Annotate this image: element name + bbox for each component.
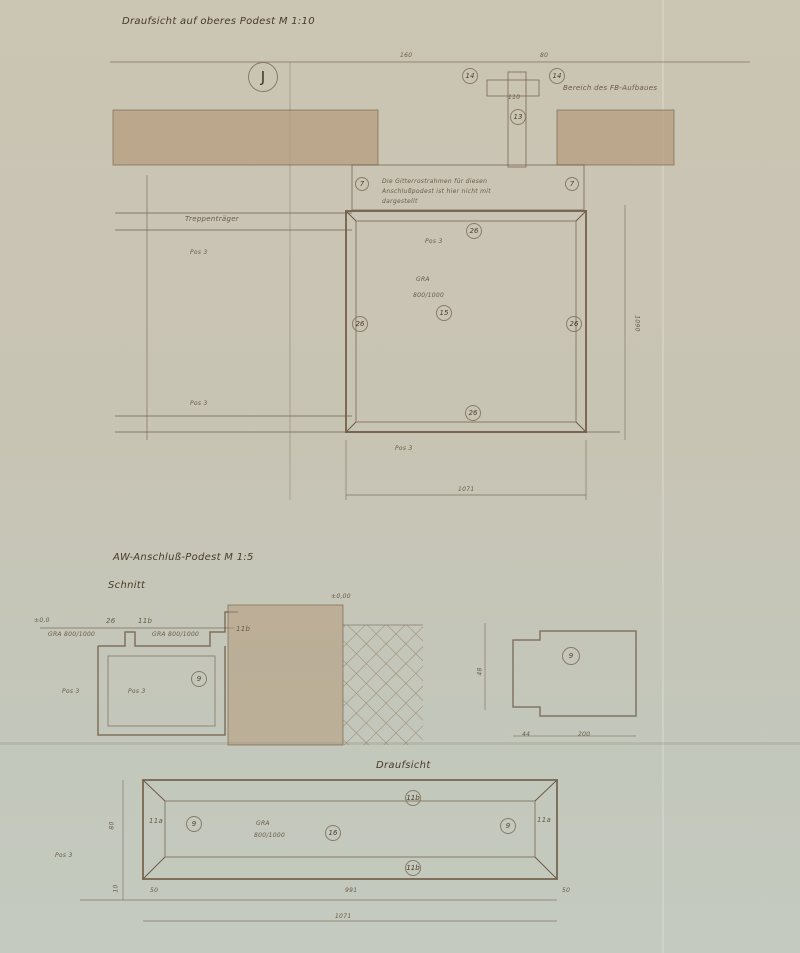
- dimension-label: 10: [113, 884, 120, 892]
- position-marker: 9: [186, 816, 202, 832]
- position-marker: 16: [325, 825, 341, 841]
- position-marker: 14: [549, 68, 565, 84]
- pos-label: Pos 3: [190, 400, 208, 407]
- section-mark: J: [248, 62, 278, 92]
- drawing-sheet: Draufsicht auf oberes Podest M 1:10 J 16…: [0, 0, 800, 953]
- position-marker: 11b: [405, 860, 421, 876]
- pos-label: Pos 3: [128, 688, 146, 695]
- level-mark: ±0,0: [34, 617, 50, 624]
- dimension-label: 50: [150, 887, 158, 894]
- technical-drawing: [0, 0, 800, 953]
- position-marker: 11a: [537, 816, 551, 824]
- grating-label: GRA 800/1000: [48, 631, 95, 638]
- grating-spec: 800/1000: [254, 832, 285, 839]
- bottom-view-title: AW-Anschluß-Podest M 1:5: [113, 552, 254, 563]
- section-subtitle: Schnitt: [108, 580, 145, 591]
- position-marker: 14: [462, 68, 478, 84]
- pos-label: Pos 3: [425, 238, 443, 245]
- position-marker: 26: [566, 316, 582, 332]
- dimension-label: 50: [562, 887, 570, 894]
- dimension-label: 991: [345, 887, 357, 894]
- dimension-label: 80: [109, 821, 116, 829]
- dimension-label: 200: [578, 731, 590, 738]
- position-marker: 26: [106, 617, 116, 625]
- pos-label: Pos 3: [55, 852, 73, 859]
- dimension-label: 44: [522, 731, 530, 738]
- position-marker: 26: [466, 223, 482, 239]
- frame-note-line: Die Gitterrostrahmen für diesen: [382, 178, 487, 185]
- stair-beam-label: Treppenträger: [185, 215, 239, 223]
- position-marker: 11a: [149, 817, 163, 825]
- dimension-label: 160: [400, 52, 412, 59]
- grating-label: GRA: [416, 276, 430, 283]
- frame-note-line: dargestellt: [382, 198, 418, 205]
- level-mark: ±0,00: [331, 593, 351, 600]
- fb-note: Bereich des FB-Aufbaues: [563, 84, 657, 92]
- grating-label: GRA: [256, 820, 270, 827]
- frame-note-line: Anschlußpodest ist hier nicht mit: [382, 188, 491, 195]
- position-marker: 7: [355, 177, 369, 191]
- pos-label: Pos 3: [190, 249, 208, 256]
- position-marker: 11b: [405, 790, 421, 806]
- dimension-label: 48: [477, 667, 484, 675]
- dimension-label: 1071: [458, 486, 474, 493]
- position-marker: 15: [436, 305, 452, 321]
- grating-spec: 800/1000: [413, 292, 444, 299]
- position-marker: 13: [510, 109, 526, 125]
- pos-label: Pos 3: [62, 688, 80, 695]
- position-marker: 11b: [138, 617, 152, 625]
- grating-label: GRA 800/1000: [152, 631, 199, 638]
- position-marker: 7: [565, 177, 579, 191]
- position-marker: 26: [465, 405, 481, 421]
- position-marker: 26: [352, 316, 368, 332]
- detail-marker: 9: [562, 647, 580, 665]
- dimension-label: 110: [508, 94, 520, 101]
- position-marker: 9: [191, 671, 207, 687]
- dimension-label: 1090: [634, 315, 641, 331]
- pos-label: Pos 3: [395, 445, 413, 452]
- position-marker: 9: [500, 818, 516, 834]
- plan-subtitle: Draufsicht: [376, 760, 431, 771]
- position-marker: 11b: [236, 625, 250, 633]
- dimension-label: 1071: [335, 913, 351, 920]
- dimension-label: 80: [540, 52, 548, 59]
- top-view-title: Draufsicht auf oberes Podest M 1:10: [122, 16, 315, 27]
